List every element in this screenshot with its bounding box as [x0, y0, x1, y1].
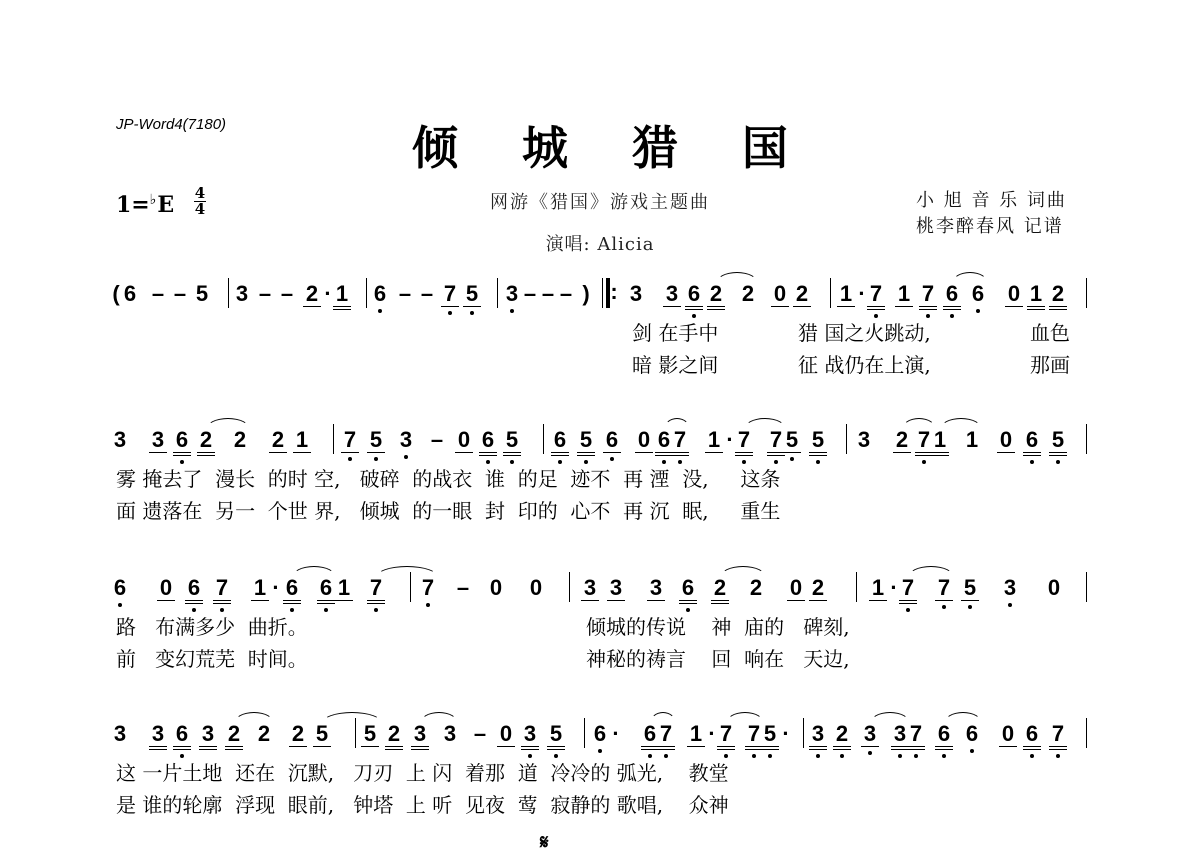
dash-extension: –	[456, 576, 470, 600]
octave-dot-below	[374, 457, 378, 461]
note: 3	[113, 428, 127, 452]
underline-beam	[809, 600, 827, 601]
augmentation-dot: ·	[269, 576, 283, 600]
underline-beam	[455, 452, 473, 453]
octave-dot-below	[404, 455, 408, 459]
note: 2	[271, 428, 285, 452]
octave-dot-below	[678, 460, 682, 464]
note: 6	[945, 282, 959, 306]
repeat-colon: :	[610, 280, 618, 304]
note: 2	[257, 722, 271, 746]
note: 7	[673, 428, 687, 452]
underline-beam-2	[735, 455, 753, 456]
underline-beam-2	[333, 309, 351, 310]
note: 1	[707, 428, 721, 452]
tie-slur	[944, 712, 982, 723]
octave-dot-below	[554, 754, 558, 758]
underline-beam	[1049, 452, 1067, 453]
note: 6	[319, 576, 333, 600]
octave-dot-below	[816, 754, 820, 758]
note: 0	[637, 428, 651, 452]
tie-slur	[292, 566, 336, 577]
octave-dot-below	[528, 754, 532, 758]
note: 7	[769, 428, 783, 452]
underline-beam	[861, 746, 879, 747]
underline-beam	[1027, 306, 1045, 307]
octave-dot-below	[486, 460, 490, 464]
underline-beam-2	[657, 749, 675, 750]
tie-slur	[720, 566, 766, 577]
underline-beam-2	[907, 749, 925, 750]
note: 2	[227, 722, 241, 746]
repeat-barline-thin	[602, 278, 603, 308]
note: 7	[747, 722, 761, 746]
tie-slur	[870, 712, 910, 723]
note: 2	[895, 428, 909, 452]
note: 3	[151, 428, 165, 452]
note: 5	[363, 722, 377, 746]
underline-beam-2	[767, 455, 785, 456]
note: 7	[901, 576, 915, 600]
underline-beam	[717, 746, 735, 747]
augmentation-dot: ·	[855, 282, 869, 306]
note: 3	[629, 282, 643, 306]
octave-dot-below	[180, 460, 184, 464]
barline	[856, 572, 857, 602]
note: 6	[113, 576, 127, 600]
octave-dot-below	[1056, 754, 1060, 758]
note: 3	[857, 428, 871, 452]
underline-beam	[581, 600, 599, 601]
underline-beam	[707, 306, 725, 307]
note: 2	[305, 282, 319, 306]
underline-beam-2	[577, 455, 595, 456]
underline-beam	[173, 452, 191, 453]
underline-beam	[1049, 746, 1067, 747]
octave-dot-below	[868, 751, 872, 755]
note: 2	[233, 428, 247, 452]
lyric-line-1: 雾 掩去了 漫长 的时 空, 破碎 的战衣 谁 的足 迹不 再 湮 没, 这条	[116, 468, 780, 490]
octave-dot-below	[692, 314, 696, 318]
underline-beam-2	[197, 455, 215, 456]
octave-dot-below	[180, 754, 184, 758]
dash-extension: –	[151, 282, 165, 306]
underline-beam	[833, 746, 851, 747]
key-note: E	[157, 192, 174, 218]
underline-beam-2	[761, 749, 779, 750]
octave-dot-below	[906, 608, 910, 612]
underline-beam	[961, 600, 979, 601]
underline-beam	[997, 452, 1015, 453]
tie-slur	[420, 712, 458, 723]
dash-extension: –	[420, 282, 434, 306]
underline-beam	[869, 600, 887, 601]
note: 2	[709, 282, 723, 306]
note: 3	[583, 576, 597, 600]
parenthesis: )	[579, 282, 593, 306]
note: 7	[937, 576, 951, 600]
underline-beam	[149, 746, 167, 747]
augmentation-dot: ·	[609, 722, 623, 746]
underline-beam-2	[931, 455, 949, 456]
underline-beam-2	[283, 603, 301, 604]
note: 3	[523, 722, 537, 746]
barline	[1086, 278, 1087, 308]
octave-dot-below	[426, 603, 430, 607]
underline-beam-2	[1049, 455, 1067, 456]
lyric-line-2: 神秘的祷言 回 响在 天边,	[586, 648, 850, 670]
underline-beam	[907, 746, 925, 747]
note: 3	[649, 576, 663, 600]
note: 1	[839, 282, 853, 306]
octave-dot-below	[926, 314, 930, 318]
dash-extension: –	[473, 722, 487, 746]
underline-beam	[895, 306, 913, 307]
underline-beam	[213, 600, 231, 601]
note: 3	[505, 282, 519, 306]
underline-beam	[647, 600, 665, 601]
note: 1	[965, 428, 979, 452]
octave-dot-below	[324, 608, 328, 612]
octave-dot-below	[768, 754, 772, 758]
underline-beam	[837, 306, 855, 307]
note: 5	[195, 282, 209, 306]
underline-beam-2	[833, 749, 851, 750]
octave-dot-below	[790, 457, 794, 461]
parenthesis: (	[109, 282, 123, 306]
note: 2	[795, 282, 809, 306]
dash-extension: –	[173, 282, 187, 306]
note: 7	[921, 282, 935, 306]
octave-dot-below	[970, 749, 974, 753]
tie-slur	[234, 712, 274, 723]
note: 5	[763, 722, 777, 746]
key-signature: 1=♭E	[116, 192, 174, 218]
underline-beam	[919, 306, 937, 307]
underline-beam-2	[711, 603, 729, 604]
time-numerator: 4	[193, 186, 207, 201]
underline-beam	[761, 746, 779, 747]
note: 7	[443, 282, 457, 306]
note: 0	[159, 576, 173, 600]
underline-beam	[705, 452, 723, 453]
underline-beam	[809, 746, 827, 747]
note: 0	[499, 722, 513, 746]
octave-dot-below	[192, 608, 196, 612]
underline-beam	[771, 306, 789, 307]
barline	[366, 278, 367, 308]
lyric-line-2: 暗 影之间	[632, 354, 718, 376]
underline-beam	[313, 746, 331, 747]
note: 7	[737, 428, 751, 452]
underline-beam	[157, 600, 175, 601]
underline-beam-2	[547, 749, 565, 750]
underline-beam-2	[899, 603, 917, 604]
underline-beam	[711, 600, 729, 601]
octave-dot-below	[922, 460, 926, 464]
underline-beam	[635, 452, 653, 453]
octave-dot-below	[1030, 460, 1034, 464]
underline-beam	[685, 306, 703, 307]
octave-dot-below	[686, 608, 690, 612]
note: 1	[897, 282, 911, 306]
underline-beam	[503, 452, 521, 453]
lyric-line-2: 那画	[1030, 354, 1070, 376]
note: 3	[413, 722, 427, 746]
note: 6	[123, 282, 137, 306]
underline-beam-2	[679, 603, 697, 604]
underline-beam-2	[1023, 749, 1041, 750]
barline	[543, 424, 544, 454]
note: 0	[773, 282, 787, 306]
underline-beam	[283, 600, 301, 601]
note: 2	[741, 282, 755, 306]
note: 7	[215, 576, 229, 600]
tie-slur	[664, 418, 690, 429]
note: 1	[1029, 282, 1043, 306]
octave-dot-below	[1056, 460, 1060, 464]
underline-beam-2	[551, 455, 569, 456]
note: 0	[457, 428, 471, 452]
note: 6	[593, 722, 607, 746]
note: 3	[893, 722, 907, 746]
underline-beam	[577, 452, 595, 453]
note: 5	[785, 428, 799, 452]
lyric-line-1: 路 布满多少 曲折。	[116, 616, 308, 638]
note: 7	[719, 722, 733, 746]
underline-beam	[251, 600, 269, 601]
tie-slur	[908, 566, 954, 577]
octave-dot-below	[118, 603, 122, 607]
lyric-line-2: 是 谁的轮廓 浮现 眼前, 钟塔 上 听 见夜 莺 寂静的 歌唱, 众神	[116, 794, 729, 816]
underline-beam	[269, 452, 287, 453]
underline-beam	[225, 746, 243, 747]
barline	[584, 718, 585, 748]
note: 1	[253, 576, 267, 600]
lyric-line-1: 这 一片土地 还在 沉默, 刀刃 上 闪 着那 道 冷冷的 弧光, 教堂	[116, 762, 729, 784]
underline-beam	[657, 746, 675, 747]
octave-dot-below	[1008, 603, 1012, 607]
note: 7	[421, 576, 435, 600]
tie-slur	[376, 566, 438, 577]
song-title: 倾 城 猎 国	[0, 112, 1200, 178]
underline-beam	[173, 746, 191, 747]
underline-beam-2	[717, 749, 735, 750]
dash-extension: –	[559, 282, 573, 306]
octave-dot-below	[914, 754, 918, 758]
barline	[569, 572, 570, 602]
tie-slur	[744, 418, 786, 429]
octave-dot-below	[774, 460, 778, 464]
underline-beam	[341, 452, 359, 453]
segno-icon: 𝄋	[540, 830, 549, 850]
underline-beam	[1023, 452, 1041, 453]
octave-dot-below	[220, 608, 224, 612]
underline-beam-2	[943, 309, 961, 310]
tie-slur	[902, 418, 936, 429]
lyric-line-2: 前 变幻荒芜 时间。	[116, 648, 308, 670]
underline-beam	[521, 746, 539, 747]
octave-dot-below	[840, 754, 844, 758]
underline-beam	[943, 306, 961, 307]
note: 2	[387, 722, 401, 746]
note: 6	[1025, 428, 1039, 452]
note: 5	[963, 576, 977, 600]
note: 2	[811, 576, 825, 600]
underline-beam-2	[317, 603, 335, 604]
underline-beam	[931, 452, 949, 453]
note: 3	[665, 282, 679, 306]
note: 6	[657, 428, 671, 452]
underline-beam-2	[199, 749, 217, 750]
note: 0	[489, 576, 503, 600]
note: 7	[369, 576, 383, 600]
barline	[333, 424, 334, 454]
underline-beam	[289, 746, 307, 747]
octave-dot-below	[752, 754, 756, 758]
dash-extension: –	[523, 282, 537, 306]
underline-beam	[497, 746, 515, 747]
underline-beam	[671, 452, 689, 453]
dash-extension: –	[398, 282, 412, 306]
octave-dot-below	[1030, 754, 1034, 758]
note: 6	[187, 576, 201, 600]
octave-dot-below	[816, 460, 820, 464]
underline-beam	[293, 452, 311, 453]
note: 5	[811, 428, 825, 452]
octave-dot-below	[976, 309, 980, 313]
note: 0	[1007, 282, 1021, 306]
note: 6	[643, 722, 657, 746]
underline-beam	[335, 600, 353, 601]
octave-dot-below	[742, 460, 746, 464]
dash-extension: –	[541, 282, 555, 306]
underline-beam	[441, 306, 459, 307]
tie-slur	[716, 272, 758, 283]
underline-beam-2	[213, 603, 231, 604]
octave-dot-below	[950, 314, 954, 318]
note: 7	[1051, 722, 1065, 746]
underline-beam-2	[173, 749, 191, 750]
octave-dot-below	[942, 754, 946, 758]
underline-beam	[899, 600, 917, 601]
tie-slur	[726, 712, 764, 723]
note: 5	[549, 722, 563, 746]
transcriber-credit: 桃李醉春风 记谱	[916, 212, 1064, 238]
octave-dot-below	[648, 754, 652, 758]
note: 7	[869, 282, 883, 306]
note: 6	[175, 722, 189, 746]
underline-beam	[663, 306, 681, 307]
underline-beam	[333, 306, 351, 307]
lyric-line-1: 猎 国之火跳动,	[798, 322, 931, 344]
augmentation-dot: ·	[779, 722, 793, 746]
underline-beam	[479, 452, 497, 453]
note: 6	[681, 576, 695, 600]
underline-beam-2	[809, 455, 827, 456]
underline-beam-2	[1027, 309, 1045, 310]
tie-slur	[206, 418, 250, 429]
note: 1	[337, 576, 351, 600]
octave-dot-below	[610, 457, 614, 461]
augmentation-dot: ·	[321, 282, 335, 306]
underline-beam-2	[1049, 749, 1067, 750]
note: 6	[687, 282, 701, 306]
flat-icon: ♭	[150, 192, 157, 208]
dash-extension: –	[258, 282, 272, 306]
underline-beam	[317, 600, 335, 601]
underline-beam-2	[671, 455, 689, 456]
note: 3	[113, 722, 127, 746]
octave-dot-below	[874, 314, 878, 318]
underline-beam	[367, 452, 385, 453]
note: 0	[999, 428, 1013, 452]
underline-beam-2	[809, 749, 827, 750]
note: 6	[965, 722, 979, 746]
dash-extension: –	[280, 282, 294, 306]
octave-dot-below	[510, 309, 514, 313]
underline-beam	[679, 600, 697, 601]
note: 1	[871, 576, 885, 600]
dash-extension: –	[430, 428, 444, 452]
octave-dot-below	[724, 754, 728, 758]
time-denominator: 4	[193, 202, 207, 217]
note: 6	[937, 722, 951, 746]
octave-dot-below	[448, 311, 452, 315]
underline-beam-2	[367, 603, 385, 604]
octave-dot-below	[378, 309, 382, 313]
note: 3	[151, 722, 165, 746]
note: 0	[1047, 576, 1061, 600]
time-signature: 4 4	[193, 186, 207, 217]
underline-beam-2	[685, 309, 703, 310]
composer-credit: 小 旭 音 乐 词曲	[916, 186, 1067, 212]
note: 3	[399, 428, 413, 452]
underline-beam-2	[1023, 455, 1041, 456]
underline-beam	[793, 306, 811, 307]
underline-beam	[999, 746, 1017, 747]
underline-beam-2	[225, 749, 243, 750]
note: 6	[1025, 722, 1039, 746]
underline-beam	[607, 600, 625, 601]
barline	[1086, 424, 1087, 454]
underline-beam	[197, 452, 215, 453]
note: 0	[529, 576, 543, 600]
lyric-line-1: 倾城的传说 神 庙的 碑刻,	[586, 616, 850, 638]
note: 6	[175, 428, 189, 452]
octave-dot-below	[968, 605, 972, 609]
octave-dot-below	[664, 754, 668, 758]
underline-beam	[385, 746, 403, 747]
note: 1	[295, 428, 309, 452]
note: 5	[505, 428, 519, 452]
lyric-line-2: 面 遗落在 另一 个世 界, 倾城 的一眼 封 印的 心不 再 沉 眠, 重生	[116, 500, 780, 522]
underline-beam	[603, 452, 621, 453]
note: 3	[863, 722, 877, 746]
note: 7	[909, 722, 923, 746]
octave-dot-below	[374, 608, 378, 612]
underline-beam	[367, 600, 385, 601]
underline-beam-2	[503, 455, 521, 456]
note: 5	[369, 428, 383, 452]
note: 1	[933, 428, 947, 452]
note: 0	[789, 576, 803, 600]
note: 2	[749, 576, 763, 600]
underline-beam	[809, 452, 827, 453]
note: 2	[291, 722, 305, 746]
barline	[803, 718, 804, 748]
octave-dot-below	[290, 608, 294, 612]
